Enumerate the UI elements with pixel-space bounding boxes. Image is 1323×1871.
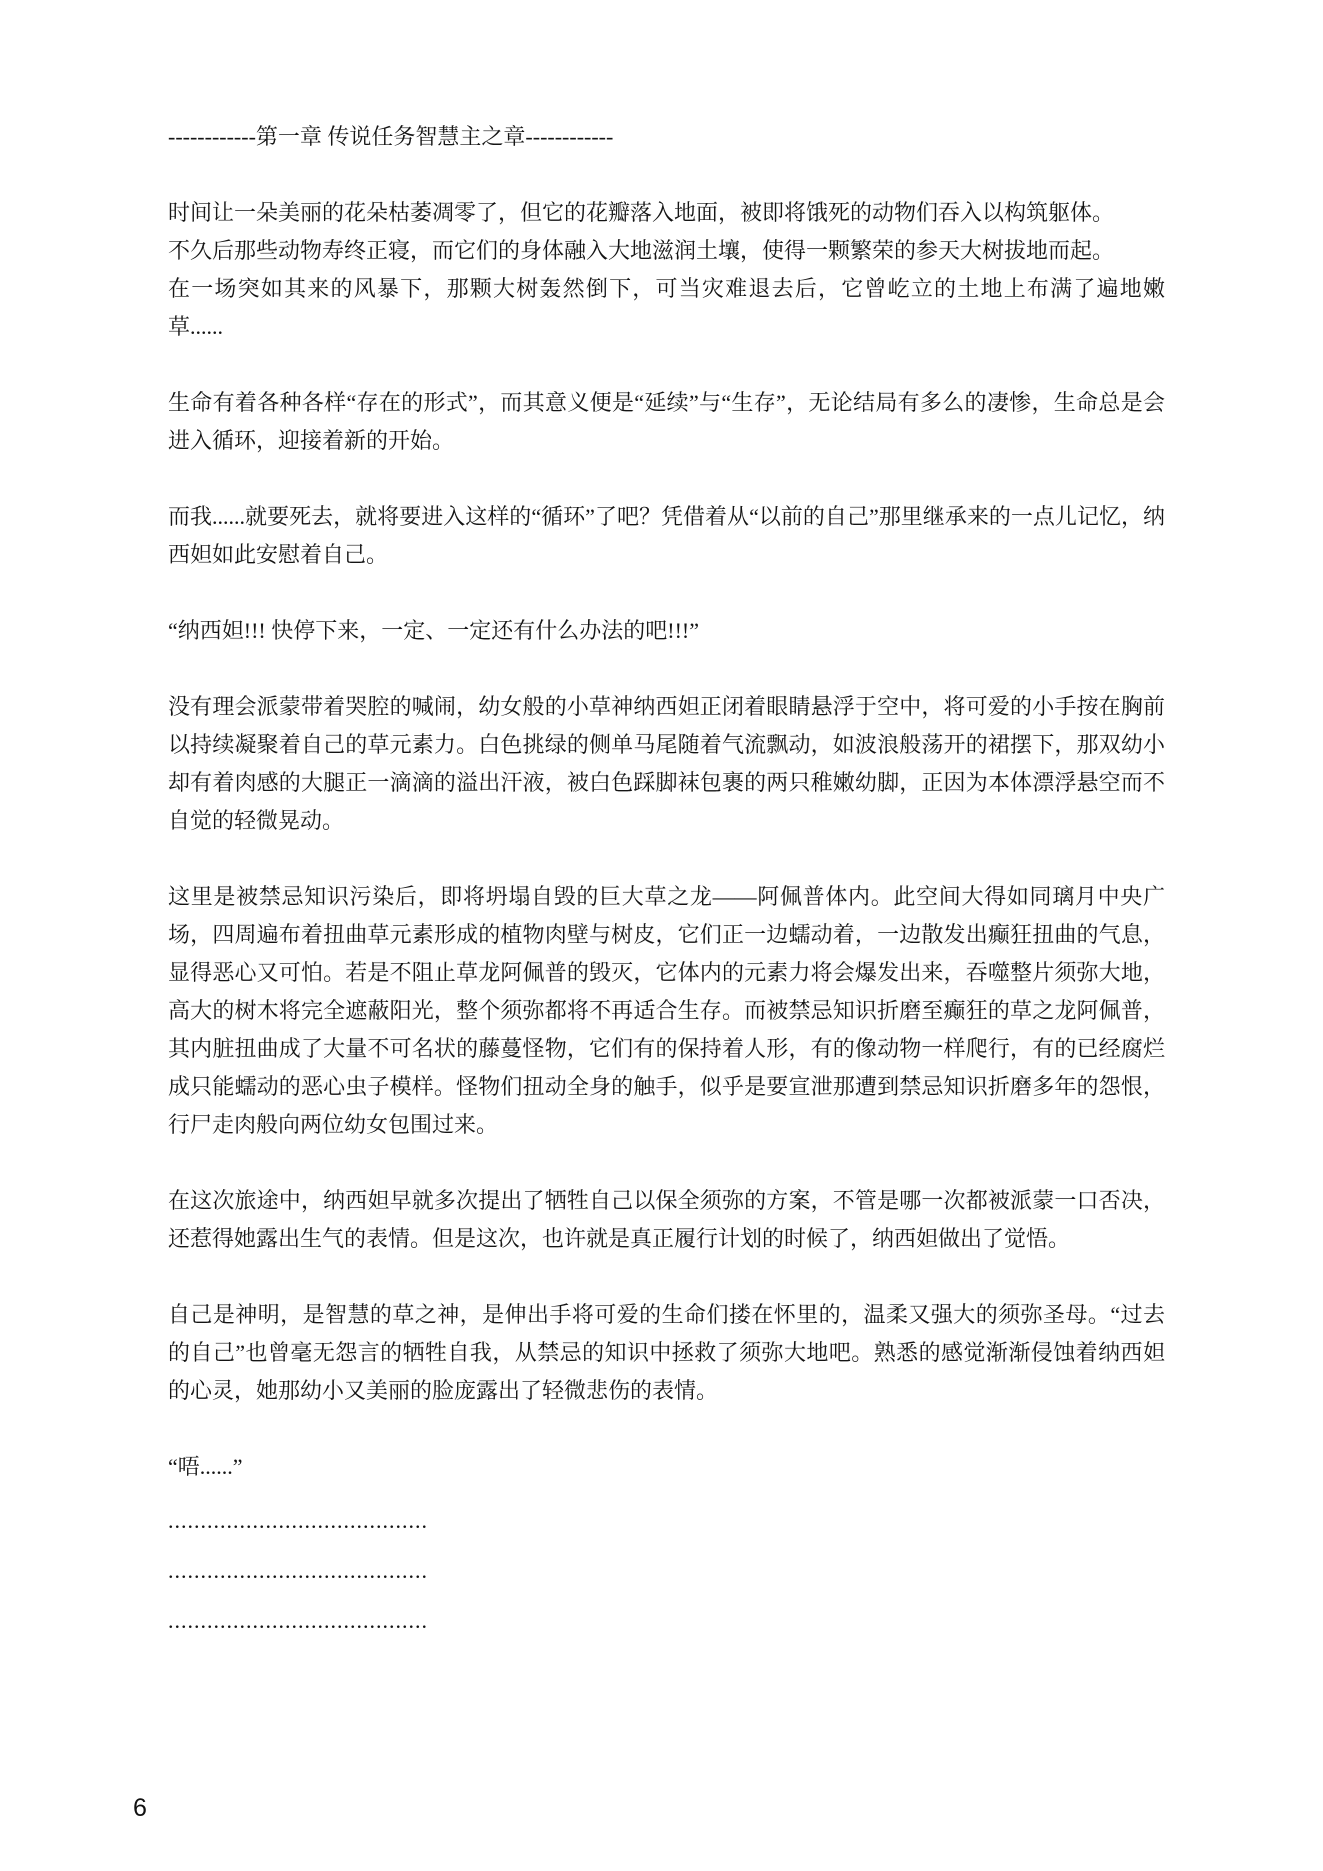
page-number: 6 [133,1794,147,1823]
paragraph: 在这次旅途中，纳西妲早就多次提出了牺牲自己以保全须弥的方案，不管是哪一次都被派蒙… [168,1182,1165,1258]
chapter-heading: ------------第一章 传说任务智慧主之章------------ [168,118,1165,156]
paragraph: “唔......” [168,1448,1165,1486]
text-body: ------------第一章 传说任务智慧主之章------------ 时间… [168,118,1165,1646]
paragraph: 没有理会派蒙带着哭腔的喊闹，幼女般的小草神纳西妲正闭着眼睛悬浮于空中，将可爱的小… [168,688,1165,840]
paragraph: 自己是神明，是智慧的草之神，是伸出手将可爱的生命们搂在怀里的，温柔又强大的须弥圣… [168,1296,1165,1410]
ellipsis-line: ........................................ [168,1496,1165,1546]
paragraph: 这里是被禁忌知识污染后，即将坍塌自毁的巨大草之龙——阿佩普体内。此空间大得如同璃… [168,878,1165,1144]
paragraph: “纳西妲!!! 快停下来，一定、一定还有什么办法的吧!!!” [168,612,1165,650]
ellipsis-separator-block: ........................................… [168,1496,1165,1646]
document-page: ------------第一章 传说任务智慧主之章------------ 时间… [0,0,1323,1871]
ellipsis-line: ........................................ [168,1596,1165,1646]
paragraph: 生命有着各种各样“存在的形式”，而其意义便是“延续”与“生存”，无论结局有多么的… [168,384,1165,460]
paragraph: 在一场突如其来的风暴下，那颗大树轰然倒下，可当灾难退去后，它曾屹立的土地上布满了… [168,270,1165,346]
paragraph: 不久后那些动物寿终正寝，而它们的身体融入大地滋润土壤，使得一颗繁荣的参天大树拔地… [168,232,1165,270]
paragraph: 时间让一朵美丽的花朵枯萎凋零了，但它的花瓣落入地面，被即将饿死的动物们吞入以构筑… [168,194,1165,232]
ellipsis-line: ........................................ [168,1546,1165,1596]
paragraph: 而我......就要死去，就将要进入这样的“循环”了吧？凭借着从“以前的自己”那… [168,498,1165,574]
